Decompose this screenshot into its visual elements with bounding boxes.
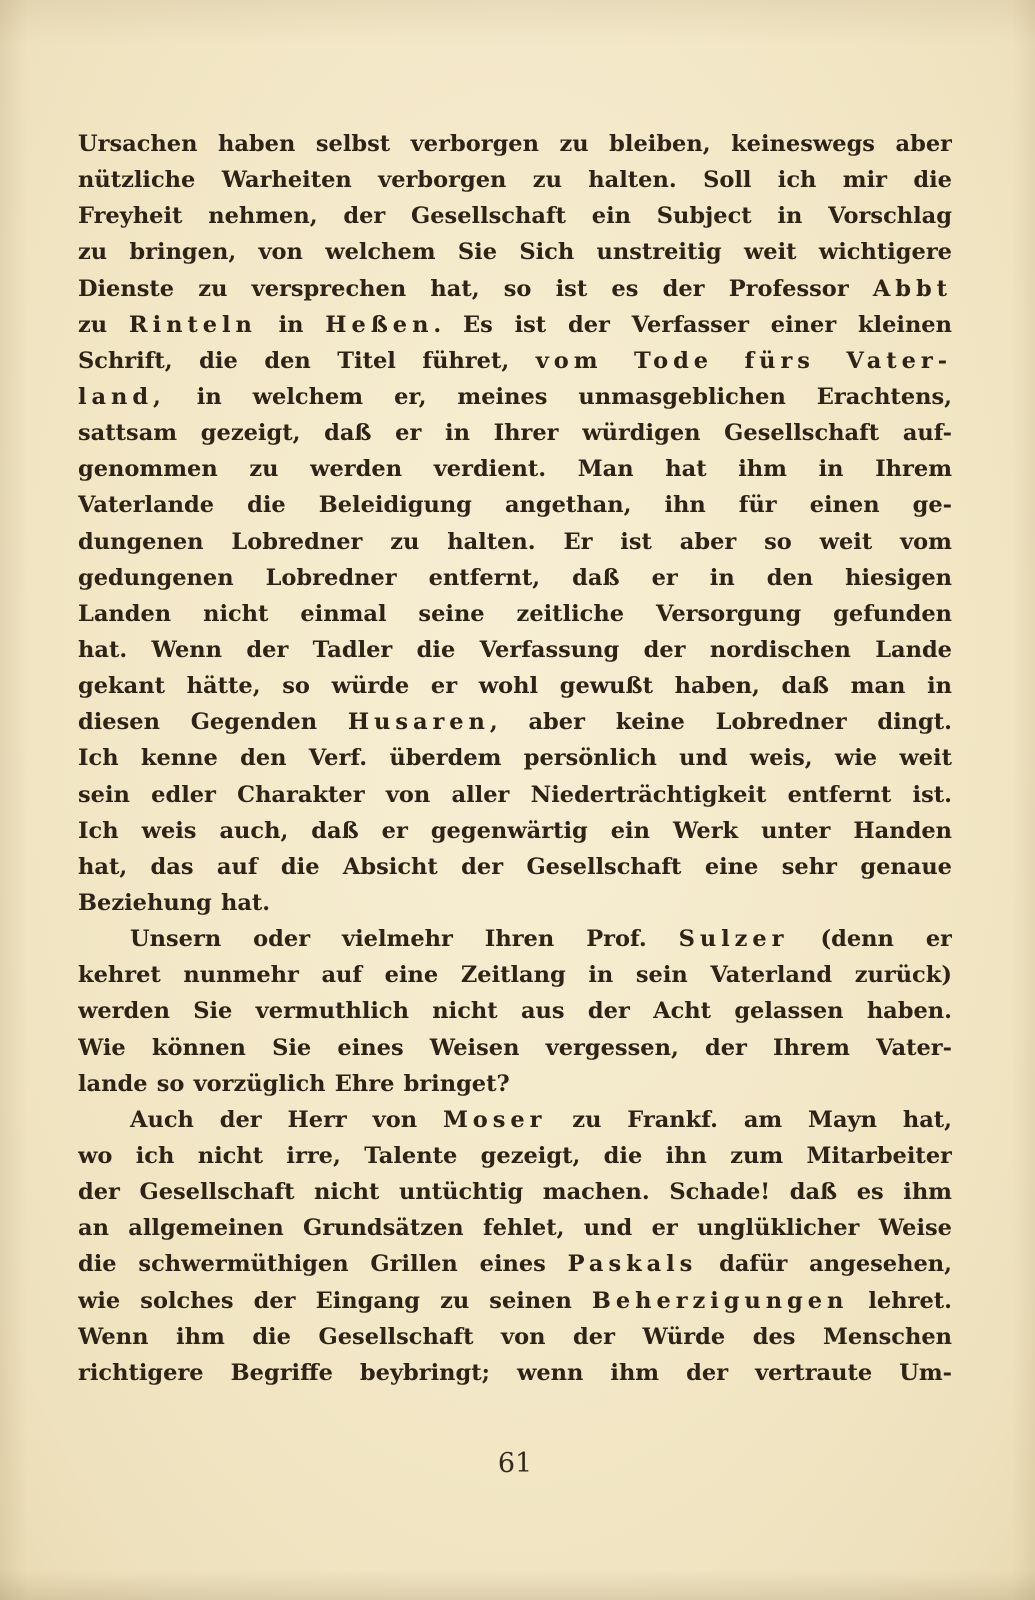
text-segment: . Es ist der Verfasser einer kleinen: [433, 312, 952, 338]
text-segment: dungenen Lobredner zu halten. Er ist abe…: [78, 529, 952, 555]
text-segment: der Gesellschaft nicht untüchtig machen.…: [78, 1179, 952, 1205]
text-segment: hat. Wenn der Tadler die Verfassung der …: [78, 637, 952, 663]
text-line: werden Sie vermuthlich nicht aus der Ach…: [78, 993, 952, 1029]
text-segment: werden Sie vermuthlich nicht aus der Ach…: [78, 998, 952, 1024]
text-line: Schrift, die den Titel führet, vom Tode …: [78, 343, 952, 379]
text-segment: Schrift, die den Titel führet,: [78, 348, 536, 374]
letterspaced-text-segment: Rinteln: [129, 312, 257, 338]
text-line: lande so vorzüglich Ehre bringet?: [78, 1066, 952, 1102]
text-line: sattsam gezeigt, daß er in Ihrer würdige…: [78, 415, 952, 451]
text-segment: zu Frankf. am Mayn hat,: [546, 1107, 952, 1133]
text-segment: diesen Gegenden: [78, 709, 348, 735]
page-number: 61: [78, 1448, 952, 1479]
text-segment: Ich weis auch, daß er gegenwärtig ein We…: [78, 818, 952, 844]
text-segment: Landen nicht einmal seine zeitliche Vers…: [78, 601, 952, 627]
text-segment: Vaterlande die Beleidigung angethan, ihn…: [78, 492, 952, 518]
text-segment: Dienste zu versprechen hat, so ist es de…: [78, 276, 873, 302]
text-segment: Wie können Sie eines Weisen vergessen, d…: [78, 1035, 952, 1061]
text-segment: wie solches der Eingang zu seinen: [78, 1288, 592, 1314]
text-segment: gedungenen Lobredner entfernt, daß er in…: [78, 565, 952, 591]
text-line: hat, das auf die Absicht der Gesellschaf…: [78, 849, 952, 885]
text-line: Auch der Herr von Moser zu Frankf. am Ma…: [78, 1102, 952, 1138]
text-line: richtigere Begriffe beybringt; wenn ihm …: [78, 1355, 952, 1391]
letterspaced-text-segment: Husaren: [348, 709, 490, 735]
letterspaced-text-segment: Heßen: [325, 312, 433, 338]
text-segment: lehret.: [848, 1288, 952, 1314]
letterspaced-text-segment: Beherzigungen: [592, 1288, 848, 1314]
text-line: dungenen Lobredner zu halten. Er ist abe…: [78, 524, 952, 560]
text-line: Ursachen haben selbst verborgen zu bleib…: [78, 126, 952, 162]
text-segment: in: [257, 312, 325, 338]
letterspaced-text-segment: Moser: [443, 1107, 547, 1133]
letterspaced-text-segment: Paskals: [568, 1251, 698, 1277]
text-line: zu bringen, von welchem Sie Sich unstrei…: [78, 234, 952, 270]
letterspaced-text-segment: land,: [78, 384, 166, 410]
text-segment: Freyheit nehmen, der Gesellschaft ein Su…: [78, 203, 952, 229]
text-line: Beziehung hat.: [78, 885, 952, 921]
text-line: Wenn ihm die Gesellschaft von der Würde …: [78, 1319, 952, 1355]
text-segment: (denn er: [788, 926, 952, 952]
text-line: hat. Wenn der Tadler die Verfassung der …: [78, 632, 952, 668]
text-line: an allgemeinen Grundsätzen fehlet, und e…: [78, 1210, 952, 1246]
text-line: Ich kenne den Verf. überdem persönlich u…: [78, 740, 952, 776]
text-line: Dienste zu versprechen hat, so ist es de…: [78, 271, 952, 307]
text-line: der Gesellschaft nicht untüchtig machen.…: [78, 1174, 952, 1210]
text-segment: kehret nunmehr auf eine Zeitlang in sein…: [78, 962, 952, 988]
text-line: Ich weis auch, daß er gegenwärtig ein We…: [78, 813, 952, 849]
text-line: genommen zu werden verdient. Man hat ihm…: [78, 451, 952, 487]
text-segment: an allgemeinen Grundsätzen fehlet, und e…: [78, 1215, 952, 1241]
letterspaced-text-segment: Abbt: [873, 276, 952, 302]
text-line: diesen Gegenden Husaren, aber keine Lobr…: [78, 704, 952, 740]
text-line: land, in welchem er, meines unmasgeblich…: [78, 379, 952, 415]
text-segment: dafür angesehen,: [697, 1251, 952, 1277]
text-segment: nützliche Warheiten verborgen zu halten.…: [78, 167, 952, 193]
text-segment: Auch der Herr von: [130, 1107, 443, 1133]
text-line: Wie können Sie eines Weisen vergessen, d…: [78, 1030, 952, 1066]
text-line: die schwermüthigen Grillen eines Paskals…: [78, 1246, 952, 1282]
text-line: wie solches der Eingang zu seinen Beherz…: [78, 1283, 952, 1319]
text-line: Unsern oder vielmehr Ihren Prof. Sulzer …: [78, 921, 952, 957]
text-segment: hat, das auf die Absicht der Gesellschaf…: [78, 854, 952, 880]
text-segment: sein edler Charakter von aller Niederträ…: [78, 782, 952, 808]
text-segment: Beziehung hat.: [78, 890, 270, 916]
text-line: Vaterlande die Beleidigung angethan, ihn…: [78, 487, 952, 523]
letterspaced-text-segment: vom Tode fürs Vater-: [536, 348, 952, 374]
text-segment: zu: [78, 312, 129, 338]
text-segment: , aber keine Lobredner dingt.: [490, 709, 952, 735]
text-line: gekant hätte, so würde er wohl gewußt ha…: [78, 668, 952, 704]
text-segment: genommen zu werden verdient. Man hat ihm…: [78, 456, 952, 482]
text-line: kehret nunmehr auf eine Zeitlang in sein…: [78, 957, 952, 993]
text-segment: die schwermüthigen Grillen eines: [78, 1251, 568, 1277]
text-segment: zu bringen, von welchem Sie Sich unstrei…: [78, 239, 952, 265]
text-segment: richtigere Begriffe beybringt; wenn ihm …: [78, 1360, 952, 1386]
text-line: wo ich nicht irre, Talente gezeigt, die …: [78, 1138, 952, 1174]
text-line: zu Rinteln in Heßen. Es ist der Verfasse…: [78, 307, 952, 343]
text-line: Freyheit nehmen, der Gesellschaft ein Su…: [78, 198, 952, 234]
text-line: sein edler Charakter von aller Niederträ…: [78, 777, 952, 813]
text-block: Ursachen haben selbst verborgen zu bleib…: [78, 126, 952, 1391]
text-line: gedungenen Lobredner entfernt, daß er in…: [78, 560, 952, 596]
text-segment: Ursachen haben selbst verborgen zu bleib…: [78, 131, 952, 157]
text-segment: Wenn ihm die Gesellschaft von der Würde …: [78, 1324, 952, 1350]
text-segment: wo ich nicht irre, Talente gezeigt, die …: [78, 1143, 952, 1169]
text-line: Landen nicht einmal seine zeitliche Vers…: [78, 596, 952, 632]
text-segment: lande so vorzüglich Ehre bringet?: [78, 1071, 510, 1097]
text-segment: Unsern oder vielmehr Ihren Prof.: [130, 926, 679, 952]
book-page: Ursachen haben selbst verborgen zu bleib…: [0, 0, 1035, 1600]
text-segment: Ich kenne den Verf. überdem persönlich u…: [78, 745, 952, 771]
text-segment: sattsam gezeigt, daß er in Ihrer würdige…: [78, 420, 952, 446]
text-line: nützliche Warheiten verborgen zu halten.…: [78, 162, 952, 198]
text-segment: gekant hätte, so würde er wohl gewußt ha…: [78, 673, 952, 699]
text-segment: in welchem er, meines unmasgeblichen Era…: [166, 384, 952, 410]
letterspaced-text-segment: Sulzer: [679, 926, 789, 952]
